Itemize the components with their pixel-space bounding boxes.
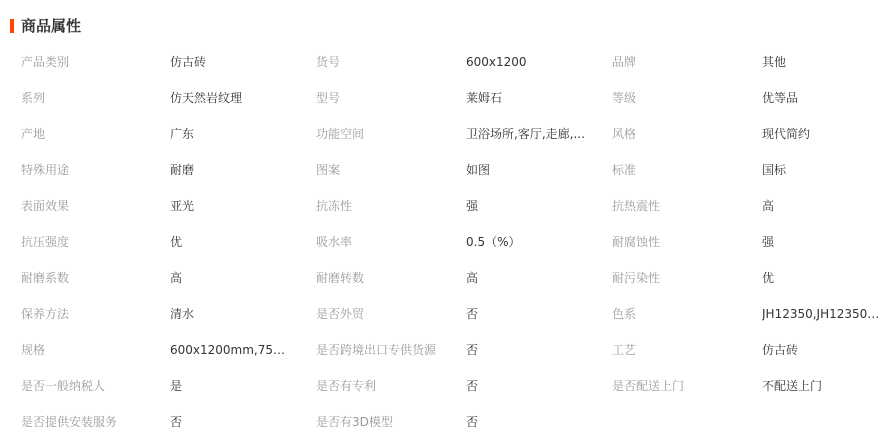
attribute-label: 等级 [612,87,752,109]
attribute-label: 工艺 [612,339,752,361]
attribute-label: 是否外贸 [316,303,456,325]
attribute-row: 规格 600x1200mm,750x15... 是否跨境出口专供货源 否 工艺 … [0,339,880,375]
attribute-value: 高 [466,267,588,289]
attribute-value: 仿天然岩纹理 [170,87,292,109]
attribute-value: 莱姆石 [466,87,588,109]
attribute-label: 特殊用途 [21,159,161,181]
attribute-value: 否 [466,303,588,325]
attribute-value: 优 [170,231,292,253]
attribute-label: 抗压强度 [21,231,161,253]
attribute-label: 是否有专利 [316,375,456,397]
attribute-label: 保养方法 [21,303,161,325]
attribute-label: 吸水率 [316,231,456,253]
attribute-value: 否 [466,411,588,433]
attribute-value: 其他 [762,51,880,73]
attribute-value: 600x1200 [466,51,588,73]
attribute-value: 高 [762,195,880,217]
attribute-value: 仿古砖 [762,339,880,361]
attribute-label: 是否一般纳税人 [21,375,161,397]
attribute-value: 耐磨 [170,159,292,181]
section-title: 商品属性 [21,16,81,36]
attribute-value: 清水 [170,303,292,325]
attribute-label: 色系 [612,303,752,325]
attribute-label: 是否跨境出口专供货源 [316,339,456,361]
attribute-row: 产品类别 仿古砖 货号 600x1200 品牌 其他 [0,51,880,87]
attribute-label: 型号 [316,87,456,109]
attribute-row: 是否一般纳税人 是 是否有专利 否 是否配送上门 不配送上门 [0,375,880,411]
attribute-value: 不配送上门 [762,375,880,397]
attribute-label: 耐磨系数 [21,267,161,289]
section-header: 商品属性 [0,14,880,40]
attribute-value: 现代简约 [762,123,880,145]
attribute-value: 强 [762,231,880,253]
attribute-row: 是否提供安装服务 否 是否有3D模型 否 [0,411,880,446]
attribute-label: 抗冻性 [316,195,456,217]
attribute-label: 功能空间 [316,123,456,145]
attribute-row: 产地 广东 功能空间 卫浴场所,客厅,走廊,... 风格 现代简约 [0,123,880,159]
attribute-label: 品牌 [612,51,752,73]
attribute-label: 产品类别 [21,51,161,73]
attribute-label: 产地 [21,123,161,145]
accent-bar [10,19,14,33]
attribute-value: 0.5（%） [466,231,588,253]
attribute-value: 否 [466,375,588,397]
attribute-value: 卫浴场所,客厅,走廊,... [466,123,588,145]
attribute-value: 优等品 [762,87,880,109]
attribute-value: 广东 [170,123,292,145]
attribute-row: 耐磨系数 高 耐磨转数 高 耐污染性 优 [0,267,880,303]
attribute-label: 是否配送上门 [612,375,752,397]
attribute-row: 保养方法 清水 是否外贸 否 色系 JH12350,JH12350GZ,... [0,303,880,339]
attribute-value: 否 [466,339,588,361]
attribute-row: 抗压强度 优 吸水率 0.5（%） 耐腐蚀性 强 [0,231,880,267]
attribute-value: 强 [466,195,588,217]
attribute-label: 是否有3D模型 [316,411,456,433]
attribute-label: 耐污染性 [612,267,752,289]
attribute-value: 仿古砖 [170,51,292,73]
attribute-value: 优 [762,267,880,289]
attribute-value: 是 [170,375,292,397]
attribute-row: 特殊用途 耐磨 图案 如图 标准 国标 [0,159,880,195]
attribute-label: 耐腐蚀性 [612,231,752,253]
attribute-label: 表面效果 [21,195,161,217]
attribute-label: 是否提供安装服务 [21,411,161,433]
attribute-value: 如图 [466,159,588,181]
attribute-row: 系列 仿天然岩纹理 型号 莱姆石 等级 优等品 [0,87,880,123]
attribute-label: 系列 [21,87,161,109]
attribute-table: 产品类别 仿古砖 货号 600x1200 品牌 其他 系列 仿天然岩纹理 型号 … [0,51,880,446]
attribute-value: JH12350,JH12350GZ,... [762,303,880,325]
attribute-label: 图案 [316,159,456,181]
attribute-value: 国标 [762,159,880,181]
attribute-value: 亚光 [170,195,292,217]
attribute-value: 高 [170,267,292,289]
attribute-label: 抗热震性 [612,195,752,217]
attribute-label: 标准 [612,159,752,181]
attribute-row: 表面效果 亚光 抗冻性 强 抗热震性 高 [0,195,880,231]
attribute-label: 规格 [21,339,161,361]
attribute-value: 否 [170,411,292,433]
attribute-value: 600x1200mm,750x15... [170,339,292,361]
attribute-label: 耐磨转数 [316,267,456,289]
attribute-label: 风格 [612,123,752,145]
attribute-label: 货号 [316,51,456,73]
